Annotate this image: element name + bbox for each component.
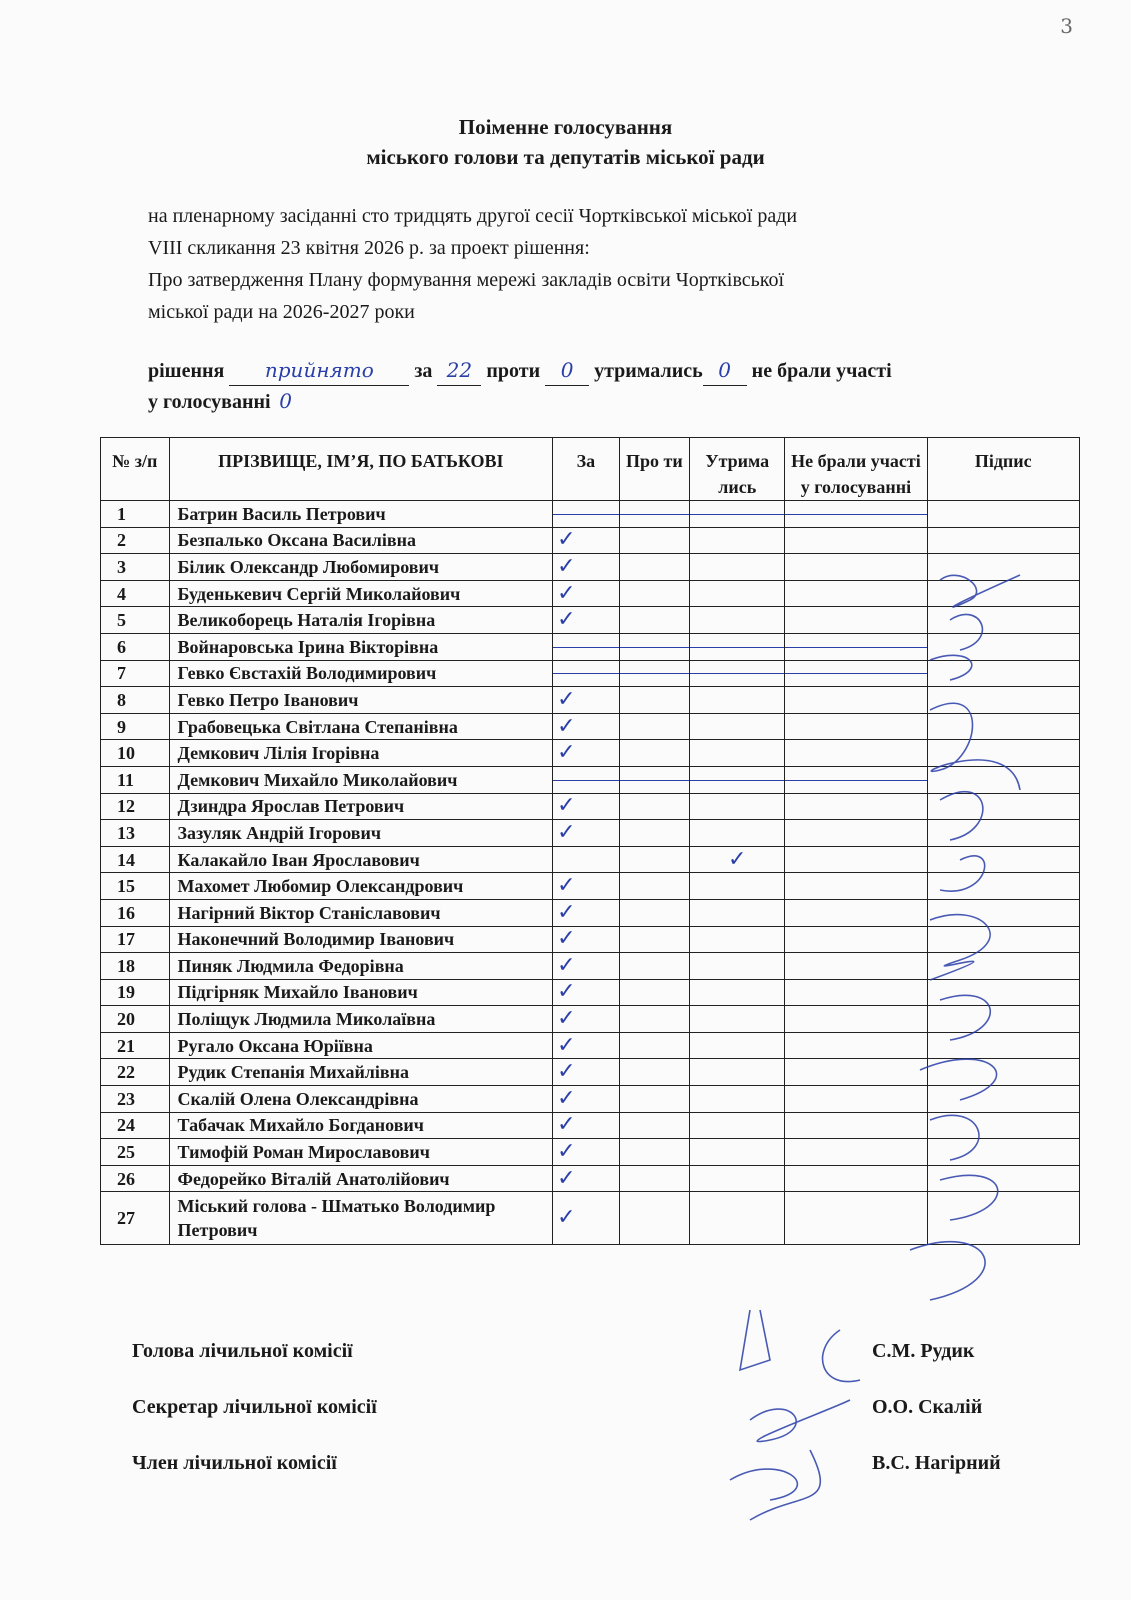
signature-cell [927, 580, 1079, 607]
deputy-name: Наконечний Володимир Іванович [169, 926, 553, 953]
header-signature: Підпис [927, 438, 1079, 501]
vote-for-checkmark: ✓ [553, 1192, 619, 1245]
vote-for-checkmark: ✓ [553, 979, 619, 1006]
deputy-name: Грабовецька Світлана Степанівна [169, 713, 553, 740]
row-number: 13 [101, 820, 170, 847]
row-number: 3 [101, 554, 170, 581]
row-number: 21 [101, 1032, 170, 1059]
vote-against-cell [619, 820, 690, 847]
not-voted-cell [785, 501, 927, 528]
vote-against-cell [619, 1059, 690, 1086]
signature-cell [927, 766, 1079, 793]
row-number: 18 [101, 953, 170, 980]
commission-chair: Голова лічильної комісії С.М. Рудик [132, 1340, 1032, 1370]
signature-cell [927, 873, 1079, 900]
row-number: 16 [101, 899, 170, 926]
deputy-name: Скалій Олена Олександрівна [169, 1086, 553, 1113]
table-row: 26Федорейко Віталій Анатолійович✓ [101, 1165, 1080, 1192]
table-row: 1Батрин Василь Петрович [101, 501, 1080, 528]
signature-cell [927, 740, 1079, 767]
not-voted-cell [785, 1112, 927, 1139]
title-line-2: міського голови та депутатів міської рад… [0, 142, 1131, 172]
row-number: 6 [101, 633, 170, 660]
table-row: 10Демкович Лілія Ігорівна✓ [101, 740, 1080, 767]
vote-abstained-cell [690, 501, 785, 528]
vote-for-cell [553, 633, 619, 660]
vote-abstained-cell [690, 793, 785, 820]
decision-summary: рішення прийнято за 22 проти 0 утрималис… [148, 355, 1058, 417]
deputy-name: Рудик Степанія Михайлівна [169, 1059, 553, 1086]
vote-for-checkmark: ✓ [553, 899, 619, 926]
row-number: 10 [101, 740, 170, 767]
header-not-voted: Не брали участі у голосуванні [785, 438, 927, 501]
not-voted-cell [785, 1032, 927, 1059]
table-row: 7Гевко Євстахій Володимирович [101, 660, 1080, 687]
deputy-name: Міський голова - Шматько Володимир Петро… [169, 1192, 553, 1245]
not-voted-cell [785, 820, 927, 847]
vote-against-cell [619, 580, 690, 607]
vote-abstained-cell [690, 687, 785, 714]
not-voted-label: не брали участі [752, 360, 892, 382]
vote-against-cell [619, 1139, 690, 1166]
signature-cell [927, 687, 1079, 714]
vote-for-checkmark: ✓ [553, 873, 619, 900]
not-voted-cell [785, 953, 927, 980]
not-voted-cell [785, 1006, 927, 1033]
vote-for-checkmark: ✓ [553, 953, 619, 980]
signature-cell [927, 899, 1079, 926]
not-voted-cell [785, 766, 927, 793]
vote-abstained-cell [690, 953, 785, 980]
header-number: № з/п [101, 438, 170, 501]
header-abstained: Утрима лись [690, 438, 785, 501]
vote-abstained-cell [690, 1192, 785, 1245]
vote-against-cell [619, 660, 690, 687]
not-voted-cell [785, 580, 927, 607]
deputy-name: Батрин Василь Петрович [169, 501, 553, 528]
row-number: 15 [101, 873, 170, 900]
vote-for-checkmark: ✓ [553, 554, 619, 581]
vote-against-cell [619, 1086, 690, 1113]
signature-cell [927, 820, 1079, 847]
vote-for-checkmark: ✓ [553, 607, 619, 634]
row-number: 12 [101, 793, 170, 820]
deputy-name: Великоборець Наталія Ігорівна [169, 607, 553, 634]
deputy-name: Підгірняк Михайло Іванович [169, 979, 553, 1006]
signature-cell [927, 1165, 1079, 1192]
signature-cell [927, 1192, 1079, 1245]
deputy-name: Дзиндра Ярослав Петрович [169, 793, 553, 820]
row-number: 4 [101, 580, 170, 607]
vote-abstained-cell [690, 873, 785, 900]
row-number: 17 [101, 926, 170, 953]
vote-for-checkmark: ✓ [553, 1006, 619, 1033]
chair-name: С.М. Рудик [872, 1340, 974, 1363]
row-number: 23 [101, 1086, 170, 1113]
vote-against-cell [619, 873, 690, 900]
deputy-name: Ругало Оксана Юріївна [169, 1032, 553, 1059]
deputy-name: Гевко Євстахій Володимирович [169, 660, 553, 687]
vote-against-cell [619, 766, 690, 793]
vote-abstained-cell [690, 660, 785, 687]
table-row: 12Дзиндра Ярослав Петрович✓ [101, 793, 1080, 820]
vote-for-cell [553, 501, 619, 528]
not-voted-count: 0 [271, 386, 301, 416]
table-row: 24Табачак Михайло Богданович✓ [101, 1112, 1080, 1139]
deputy-name: Буденькевич Сергій Миколайович [169, 580, 553, 607]
signature-cell [927, 793, 1079, 820]
not-voted-label-2: у голосуванні [148, 391, 271, 413]
signature-cell [927, 713, 1079, 740]
vote-abstained-cell [690, 1032, 785, 1059]
deputy-name: Демкович Лілія Ігорівна [169, 740, 553, 767]
row-number: 11 [101, 766, 170, 793]
commission-member: Член лічильної комісії В.С. Нагірний [132, 1452, 1032, 1482]
signature-cell [927, 1059, 1079, 1086]
against-label: проти [486, 360, 540, 382]
not-voted-cell [785, 687, 927, 714]
decision-result: прийнято [229, 355, 409, 386]
vote-for-cell [553, 766, 619, 793]
decision-label: рішення [148, 360, 224, 382]
not-voted-cell [785, 607, 927, 634]
vote-against-cell [619, 633, 690, 660]
deputy-name: Калакайло Іван Ярославович [169, 846, 553, 873]
not-voted-cell [785, 793, 927, 820]
not-voted-cell [785, 899, 927, 926]
deputy-name: Зазуляк Андрій Ігорович [169, 820, 553, 847]
vote-abstained-cell [690, 580, 785, 607]
not-voted-cell [785, 1059, 927, 1086]
table-row: 13Зазуляк Андрій Ігорович✓ [101, 820, 1080, 847]
table-row: 5Великоборець Наталія Ігорівна✓ [101, 607, 1080, 634]
header-name: ПРІЗВИЩЕ, ІМ’Я, ПО БАТЬКОВІ [169, 438, 553, 501]
vote-against-cell [619, 846, 690, 873]
vote-abstained-cell [690, 527, 785, 554]
row-number: 7 [101, 660, 170, 687]
vote-abstained-cell [690, 899, 785, 926]
vote-against-cell [619, 687, 690, 714]
commission-secretary: Секретар лічильної комісії О.О. Скалій [132, 1396, 1032, 1426]
vote-for-checkmark: ✓ [553, 793, 619, 820]
row-number: 2 [101, 527, 170, 554]
vote-for-cell [553, 846, 619, 873]
table-row: 11Демкович Михайло Миколайович [101, 766, 1080, 793]
against-count: 0 [545, 355, 589, 386]
vote-for-checkmark: ✓ [553, 820, 619, 847]
secretary-name: О.О. Скалій [872, 1396, 982, 1419]
row-number: 24 [101, 1112, 170, 1139]
not-voted-cell [785, 846, 927, 873]
vote-for-checkmark: ✓ [553, 740, 619, 767]
vote-against-cell [619, 953, 690, 980]
vote-abstained-cell [690, 607, 785, 634]
abstained-label: утримались [594, 360, 703, 382]
table-row: 2Безпалько Оксана Василівна✓ [101, 527, 1080, 554]
signature-cell [927, 1006, 1079, 1033]
vote-for-checkmark: ✓ [553, 1086, 619, 1113]
row-number: 9 [101, 713, 170, 740]
vote-abstained-cell [690, 554, 785, 581]
abstained-count: 0 [703, 355, 747, 386]
vote-for-checkmark: ✓ [553, 1059, 619, 1086]
deputy-name: Войнаровська Ірина Вікторівна [169, 633, 553, 660]
for-count: 22 [437, 355, 481, 386]
header-for: За [553, 438, 619, 501]
not-voted-cell [785, 979, 927, 1006]
vote-for-checkmark: ✓ [553, 1112, 619, 1139]
deputy-name: Демкович Михайло Миколайович [169, 766, 553, 793]
not-voted-cell [785, 1086, 927, 1113]
row-number: 5 [101, 607, 170, 634]
deputy-name: Пиняк Людмила Федорівна [169, 953, 553, 980]
deputy-name: Нагірний Віктор Станіславович [169, 899, 553, 926]
signature-cell [927, 1112, 1079, 1139]
table-row: 19Підгірняк Михайло Іванович✓ [101, 979, 1080, 1006]
roll-call-table: № з/п ПРІЗВИЩЕ, ІМ’Я, ПО БАТЬКОВІ За Про… [100, 437, 1080, 1245]
for-label: за [414, 360, 432, 382]
vote-against-cell [619, 607, 690, 634]
vote-against-cell [619, 713, 690, 740]
not-voted-cell [785, 873, 927, 900]
vote-against-cell [619, 1006, 690, 1033]
vote-for-checkmark: ✓ [553, 713, 619, 740]
vote-against-cell [619, 1112, 690, 1139]
header-against: Про ти [619, 438, 690, 501]
vote-abstained-cell [690, 1165, 785, 1192]
row-number: 8 [101, 687, 170, 714]
not-voted-cell [785, 740, 927, 767]
vote-abstained-cell [690, 1086, 785, 1113]
not-voted-cell [785, 554, 927, 581]
signature-cell [927, 846, 1079, 873]
secretary-role: Секретар лічильної комісії [132, 1396, 377, 1419]
vote-against-cell [619, 1032, 690, 1059]
signature-cell [927, 501, 1079, 528]
vote-abstained-cell [690, 979, 785, 1006]
vote-against-cell [619, 1165, 690, 1192]
row-number: 27 [101, 1192, 170, 1245]
table-row: 8Гевко Петро Іванович✓ [101, 687, 1080, 714]
table-row: 15Махомет Любомир Олександрович✓ [101, 873, 1080, 900]
signature-cell [927, 979, 1079, 1006]
not-voted-cell [785, 1139, 927, 1166]
table-row: 9Грабовецька Світлана Степанівна✓ [101, 713, 1080, 740]
vote-against-cell [619, 979, 690, 1006]
vote-against-cell [619, 793, 690, 820]
table-row: 25Тимофій Роман Мирославович✓ [101, 1139, 1080, 1166]
row-number: 20 [101, 1006, 170, 1033]
not-voted-cell [785, 1165, 927, 1192]
signature-cell [927, 633, 1079, 660]
intro-line-1: на пленарному засіданні сто тридцять дру… [148, 200, 1048, 232]
vote-for-checkmark: ✓ [553, 926, 619, 953]
deputy-name: Махомет Любомир Олександрович [169, 873, 553, 900]
signature-cell [927, 607, 1079, 634]
vote-for-cell [553, 660, 619, 687]
row-number: 1 [101, 501, 170, 528]
table-row: 21Ругало Оксана Юріївна✓ [101, 1032, 1080, 1059]
vote-abstained-cell [690, 820, 785, 847]
row-number: 25 [101, 1139, 170, 1166]
document-title: Поіменне голосування міського голови та … [0, 112, 1131, 172]
intro-line-3: Про затвердження Плану формування мережі… [148, 264, 1048, 296]
vote-against-cell [619, 501, 690, 528]
signature-cell [927, 953, 1079, 980]
signature-cell [927, 1139, 1079, 1166]
table-row: 18Пиняк Людмила Федорівна✓ [101, 953, 1080, 980]
vote-for-checkmark: ✓ [553, 527, 619, 554]
title-line-1: Поіменне голосування [0, 112, 1131, 142]
vote-abstained-cell [690, 713, 785, 740]
member-role: Член лічильної комісії [132, 1452, 337, 1475]
session-intro: на пленарному засіданні сто тридцять дру… [148, 200, 1048, 328]
table-row: 20Поліщук Людмила Миколаївна✓ [101, 1006, 1080, 1033]
signature-cell [927, 554, 1079, 581]
member-name: В.С. Нагірний [872, 1452, 1001, 1475]
vote-abstained-cell [690, 1006, 785, 1033]
table-row: 22Рудик Степанія Михайлівна✓ [101, 1059, 1080, 1086]
table-header-row: № з/п ПРІЗВИЩЕ, ІМ’Я, ПО БАТЬКОВІ За Про… [101, 438, 1080, 501]
table-row: 4Буденькевич Сергій Миколайович✓ [101, 580, 1080, 607]
not-voted-cell [785, 1192, 927, 1245]
table-row: 17Наконечний Володимир Іванович✓ [101, 926, 1080, 953]
vote-abstained-cell [690, 766, 785, 793]
vote-abstained-cell [690, 1059, 785, 1086]
intro-line-2: VIII скликання 23 квітня 2026 р. за прое… [148, 232, 1048, 264]
deputy-name: Федорейко Віталій Анатолійович [169, 1165, 553, 1192]
vote-for-checkmark: ✓ [553, 1165, 619, 1192]
vote-for-checkmark: ✓ [553, 1032, 619, 1059]
vote-against-cell [619, 740, 690, 767]
row-number: 19 [101, 979, 170, 1006]
row-number: 22 [101, 1059, 170, 1086]
vote-against-cell [619, 554, 690, 581]
table-row: 3Білик Олександр Любомирович✓ [101, 554, 1080, 581]
chair-role: Голова лічильної комісії [132, 1340, 353, 1363]
vote-abstained-cell [690, 1139, 785, 1166]
not-voted-cell [785, 660, 927, 687]
vote-for-checkmark: ✓ [553, 1139, 619, 1166]
vote-abstained-cell [690, 633, 785, 660]
vote-against-cell [619, 899, 690, 926]
signature-cell [927, 926, 1079, 953]
row-number: 26 [101, 1165, 170, 1192]
page-number-mark: 3 [1060, 14, 1073, 38]
deputy-name: Табачак Михайло Богданович [169, 1112, 553, 1139]
deputy-name: Білик Олександр Любомирович [169, 554, 553, 581]
signature-cell [927, 1086, 1079, 1113]
vote-abstained-checkmark: ✓ [690, 846, 785, 873]
table-row: 14Калакайло Іван Ярославович✓ [101, 846, 1080, 873]
row-number: 14 [101, 846, 170, 873]
table-row: 27Міський голова - Шматько Володимир Пет… [101, 1192, 1080, 1245]
table-row: 6Войнаровська Ірина Вікторівна [101, 633, 1080, 660]
vote-against-cell [619, 926, 690, 953]
deputy-name: Безпалько Оксана Василівна [169, 527, 553, 554]
deputy-name: Гевко Петро Іванович [169, 687, 553, 714]
not-voted-cell [785, 926, 927, 953]
table-row: 16Нагірний Віктор Станіславович✓ [101, 899, 1080, 926]
intro-line-4: міської ради на 2026-2027 роки [148, 296, 1048, 328]
vote-for-checkmark: ✓ [553, 687, 619, 714]
signature-cell [927, 660, 1079, 687]
vote-abstained-cell [690, 1112, 785, 1139]
vote-against-cell [619, 527, 690, 554]
vote-abstained-cell [690, 740, 785, 767]
table-body: 1Батрин Василь Петрович2Безпалько Оксана… [101, 501, 1080, 1245]
table-row: 23Скалій Олена Олександрівна✓ [101, 1086, 1080, 1113]
vote-against-cell [619, 1192, 690, 1245]
deputy-name: Тимофій Роман Мирославович [169, 1139, 553, 1166]
not-voted-cell [785, 713, 927, 740]
not-voted-cell [785, 527, 927, 554]
not-voted-cell [785, 633, 927, 660]
deputy-name: Поліщук Людмила Миколаївна [169, 1006, 553, 1033]
signature-cell [927, 527, 1079, 554]
signature-cell [927, 1032, 1079, 1059]
vote-for-checkmark: ✓ [553, 580, 619, 607]
vote-abstained-cell [690, 926, 785, 953]
